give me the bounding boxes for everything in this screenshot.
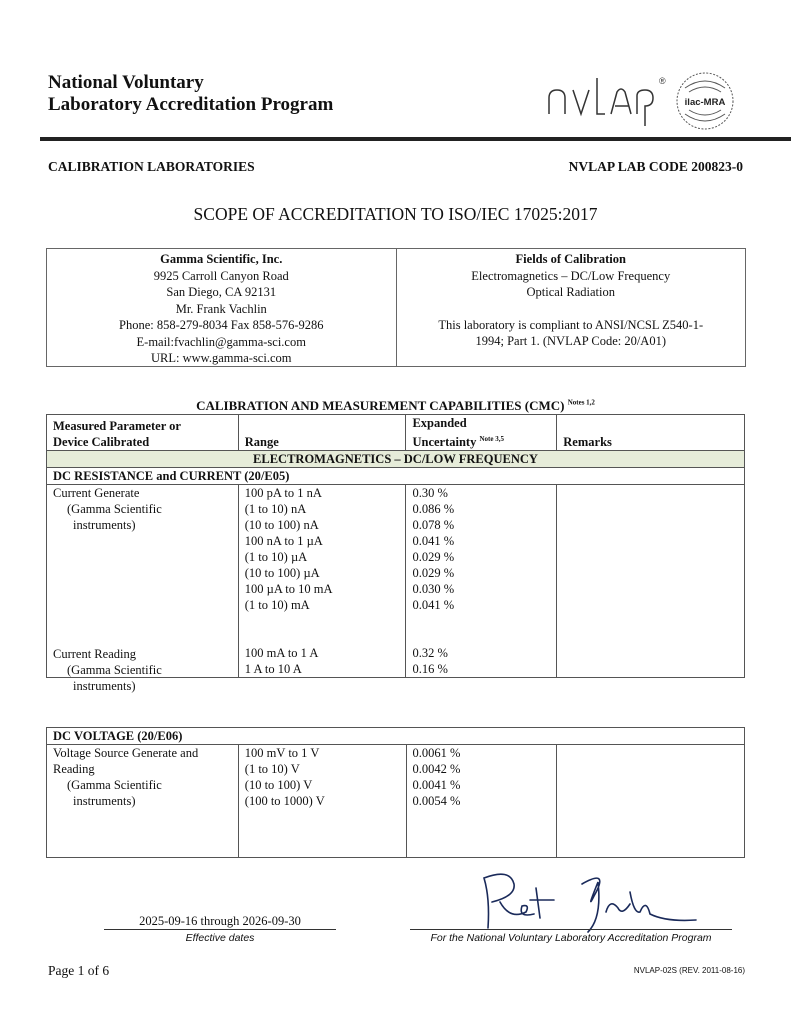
param-cell: Voltage Source Generate and Reading (Gam… [47,745,239,858]
group-row: DC VOLTAGE (20/E06) [47,728,745,745]
program-title-line2: Laboratory Accreditation Program [48,94,333,116]
effective-dates: 2025-09-16 through 2026-09-30 [104,914,336,929]
compliance-line2: 1994; Part 1. (NVLAP Code: 20/A01) [397,333,746,350]
lab-contact: Gamma Scientific, Inc. 9925 Carroll Cany… [47,249,396,366]
signature-label: For the National Voluntary Laboratory Ac… [410,932,732,944]
fields-of-calibration: Fields of Calibration Electromagnetics –… [396,249,746,366]
col-header-remarks: Remarks [557,415,745,451]
table-header-row: Measured Parameter or Device Calibrated … [47,415,745,451]
lab-phone: Phone: 858-279-8034 Fax 858-576-9286 [47,317,396,334]
lab-address2: San Diego, CA 92131 [47,284,396,301]
page-number: Page 1 of 6 [48,963,109,979]
uncertainty-cell: 0.0061 % 0.0042 % 0.0041 % 0.0054 % [406,745,557,858]
col-header-range: Range [238,415,406,451]
scope-title: SCOPE OF ACCREDITATION TO ISO/IEC 17025:… [0,204,791,225]
program-title: National Voluntary Laboratory Accreditat… [48,72,333,116]
range-cell: 100 mV to 1 V (1 to 10) V (10 to 100) V … [238,745,406,858]
uncertainty-cell: 0.30 % 0.086 % 0.078 % 0.041 % 0.029 % 0… [406,485,557,678]
lab-name: Gamma Scientific, Inc. [47,251,396,268]
remarks-cell [557,745,745,858]
col-header-uncertainty: Expanded Uncertainty Note 3,5 [406,415,557,451]
lab-code: NVLAP LAB CODE 200823-0 [569,159,743,175]
ilac-mra-seal-icon: ilac-MRA [677,73,733,129]
svg-text:ilac-MRA: ilac-MRA [685,97,726,108]
remarks-cell [557,485,745,678]
signature-rule [410,929,732,930]
cmc-title: CALIBRATION AND MEASUREMENT CAPABILITIES… [0,398,791,414]
nvlap-logo: ® ilac-MRA [545,70,745,132]
section-title: ELECTROMAGNETICS – DC/LOW FREQUENCY [47,451,745,468]
table-row: Voltage Source Generate and Reading (Gam… [47,745,745,858]
group-title-dc-voltage: DC VOLTAGE (20/E06) [47,728,745,745]
effective-dates-rule [104,929,336,930]
range-cell: 100 pA to 1 nA (1 to 10) nA (10 to 100) … [238,485,406,678]
lab-info-box: Gamma Scientific, Inc. 9925 Carroll Cany… [46,248,746,367]
cmc-title-note: Notes 1,2 [568,399,595,407]
field-2: Optical Radiation [397,284,746,301]
fields-title: Fields of Calibration [397,251,746,268]
cmc-table: Measured Parameter or Device Calibrated … [46,414,745,678]
signature-icon [470,868,700,934]
param-cell-current-reading: Current Reading (Gamma Scientific instru… [53,646,162,694]
col-header-parameter: Measured Parameter or Device Calibrated [47,415,239,451]
program-title-line1: National Voluntary [48,72,333,94]
lab-email: E-mail:fvachlin@gamma-sci.com [47,334,396,351]
svg-text:®: ® [659,76,666,86]
field-1: Electromagnetics – DC/Low Frequency [397,268,746,285]
lab-category: CALIBRATION LABORATORIES [48,159,255,175]
section-row: ELECTROMAGNETICS – DC/LOW FREQUENCY [47,451,745,468]
compliance-line1: This laboratory is compliant to ANSI/NCS… [397,317,746,334]
group-row: DC RESISTANCE and CURRENT (20/E05) [47,468,745,485]
lab-contact-person: Mr. Frank Vachlin [47,301,396,318]
lab-address1: 9925 Carroll Canyon Road [47,268,396,285]
form-number: NVLAP-02S (REV. 2011-08-16) [634,966,745,975]
header-rule [40,137,791,141]
lab-url: URL: www.gamma-sci.com [47,350,396,367]
nvlap-wordmark-icon [549,78,653,126]
cmc-table-dc-voltage: DC VOLTAGE (20/E06) Voltage Source Gener… [46,727,745,858]
effective-dates-label: Effective dates [104,932,336,944]
group-title-dc-resistance: DC RESISTANCE and CURRENT (20/E05) [47,468,745,485]
